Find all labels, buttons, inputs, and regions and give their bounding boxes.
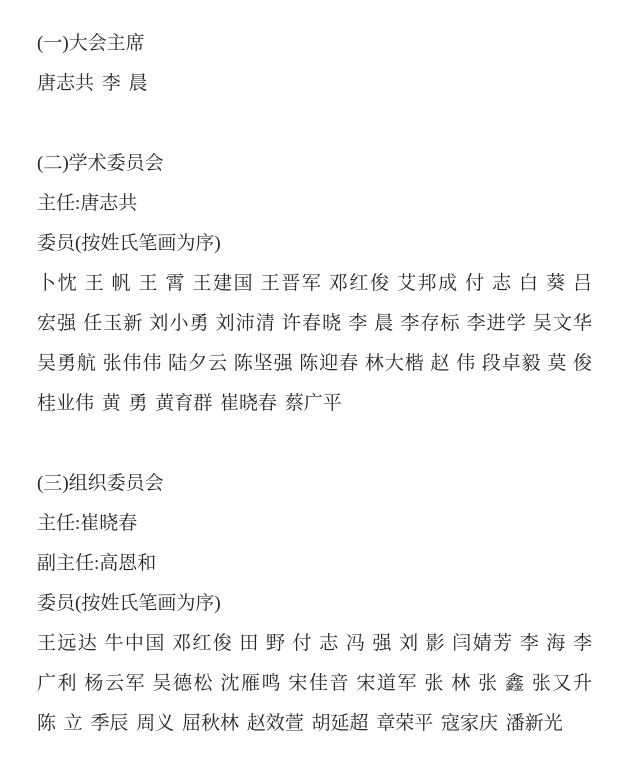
names-line: 卜忱 王 帆 王 霄 王建国 王晋军 邓红俊 艾邦成 付 志 白 葵 吕 bbox=[37, 264, 592, 304]
role-line-director: 主任:崔晓春 bbox=[37, 504, 592, 544]
names-line: 宏强 任玉新 刘小勇 刘沛清 许春晓 李 晨 李存标 李进学 吴文华 bbox=[37, 304, 592, 344]
names-line: 王远达 牛中国 邓红俊 田 野 付 志 冯 强 刘 影 闫婧芳 李 海 李 bbox=[37, 624, 592, 664]
members-label-line: 委员(按姓氏笔画为序) bbox=[37, 584, 592, 624]
members-label-line: 委员(按姓氏笔画为序) bbox=[37, 224, 592, 264]
section-heading: (一)大会主席 bbox=[37, 24, 592, 64]
names-line: 陈 立 季辰 周义 屈秋林 赵效萱 胡延超 章荣平 寇家庆 潘新光 bbox=[37, 704, 592, 744]
section-chairman: (一)大会主席 唐志共 李 晨 bbox=[37, 24, 592, 104]
role-line-deputy-director: 副主任:高恩和 bbox=[37, 544, 592, 584]
names-line: 桂业伟 黄 勇 黄育群 崔晓春 蔡广平 bbox=[37, 384, 592, 424]
section-organizing-committee: (三)组织委员会 主任:崔晓春 副主任:高恩和 委员(按姓氏笔画为序) 王远达 … bbox=[37, 464, 592, 744]
section-heading: (三)组织委员会 bbox=[37, 464, 592, 504]
section-academic-committee: (二)学术委员会 主任:唐志共 委员(按姓氏笔画为序) 卜忱 王 帆 王 霄 王… bbox=[37, 144, 592, 424]
role-line-director: 主任:唐志共 bbox=[37, 184, 592, 224]
names-line: 吴勇航 张伟伟 陆夕云 陈坚强 陈迎春 林大楷 赵 伟 段卓毅 莫 俊 bbox=[37, 344, 592, 384]
names-line: 广利 杨云军 吴德松 沈雁鸣 宋佳音 宋道军 张 林 张 鑫 张又升 bbox=[37, 664, 592, 704]
names-line: 唐志共 李 晨 bbox=[37, 64, 592, 104]
document-page: (一)大会主席 唐志共 李 晨 (二)学术委员会 主任:唐志共 委员(按姓氏笔画… bbox=[0, 0, 630, 768]
section-heading: (二)学术委员会 bbox=[37, 144, 592, 184]
